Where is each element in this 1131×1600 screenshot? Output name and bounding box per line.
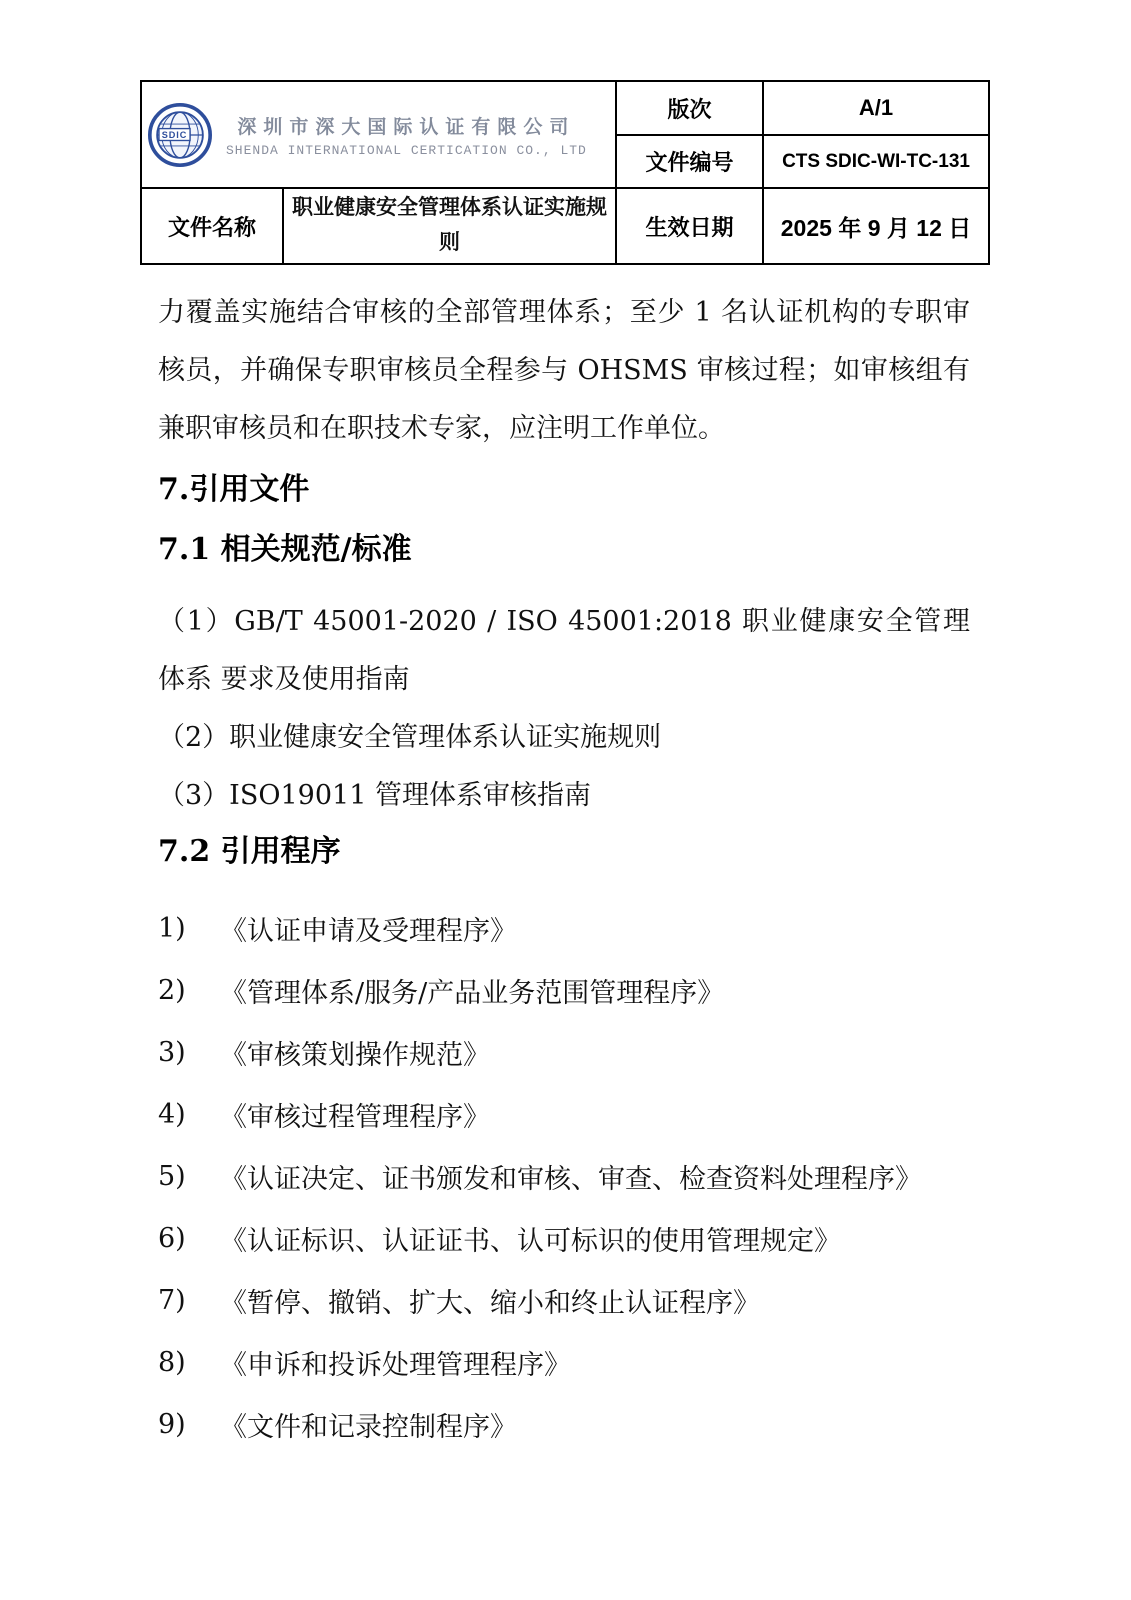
intro-paragraph: 力覆盖实施结合审核的全部管理体系；至少 1 名认证机构的专职审核员，并确保专职审… <box>158 284 970 458</box>
procedure-number: 3) <box>158 1037 220 1068</box>
procedure-number: 1) <box>158 913 220 944</box>
procedure-item: 3) 《审核策划操作规范》 <box>158 1021 970 1083</box>
procedure-item: 6) 《认证标识、认证证书、认可标识的使用管理规定》 <box>158 1207 970 1269</box>
procedure-number: 8) <box>158 1347 220 1378</box>
procedure-number: 4) <box>158 1099 220 1130</box>
section-7-heading: 7.引用文件 <box>158 471 970 509</box>
doc-name-label-cell: 文件名称 <box>141 188 283 264</box>
procedure-number: 7) <box>158 1285 220 1316</box>
procedure-title: 《审核过程管理程序》 <box>220 1095 490 1134</box>
procedure-item: 4) 《审核过程管理程序》 <box>158 1083 970 1145</box>
procedure-number: 6) <box>158 1223 220 1254</box>
procedure-title: 《申诉和投诉处理管理程序》 <box>220 1343 571 1382</box>
doc-name-value-cell: 职业健康安全管理体系认证实施规则 <box>283 188 616 264</box>
company-name-cn: 深圳市深大国际认证有限公司 <box>226 112 587 139</box>
procedure-title: 《文件和记录控制程序》 <box>220 1405 517 1444</box>
procedure-list: 1) 《认证申请及受理程序》 2) 《管理体系/服务/产品业务范围管理程序》 3… <box>158 897 970 1455</box>
procedure-title: 《审核策划操作规范》 <box>220 1033 490 1072</box>
company-names: 深圳市深大国际认证有限公司 SHENDA INTERNATIONAL CERTI… <box>226 112 587 158</box>
procedure-item: 9) 《文件和记录控制程序》 <box>158 1393 970 1455</box>
reference-item-1: （1）GB/T 45001-2020 / ISO 45001:2018 职业健康… <box>158 593 970 709</box>
doc-number-value-cell: CTS SDIC-WI-TC-131 <box>763 135 989 188</box>
section-7-2-heading: 7.2 引用程序 <box>158 833 970 871</box>
procedure-item: 7) 《暂停、撤销、扩大、缩小和终止认证程序》 <box>158 1269 970 1331</box>
document-header-table: SDIC 深圳市深大国际认证有限公司 SHENDA INTERNATIONAL … <box>140 80 990 265</box>
effective-date-label-cell: 生效日期 <box>616 188 763 264</box>
procedure-number: 5) <box>158 1161 220 1192</box>
document-page: SDIC 深圳市深大国际认证有限公司 SHENDA INTERNATIONAL … <box>0 0 1131 1600</box>
logo-text: SDIC <box>162 130 187 140</box>
procedure-title: 《认证标识、认证证书、认可标识的使用管理规定》 <box>220 1219 841 1258</box>
reference-standards-list: （1）GB/T 45001-2020 / ISO 45001:2018 职业健康… <box>158 593 970 825</box>
section-7-1-heading: 7.1 相关规范/标准 <box>158 531 970 569</box>
procedure-title: 《认证决定、证书颁发和审核、审查、检查资料处理程序》 <box>220 1157 922 1196</box>
document-body: 力覆盖实施结合审核的全部管理体系；至少 1 名认证机构的专职审核员，并确保专职审… <box>158 262 970 1455</box>
company-identity-cell: SDIC 深圳市深大国际认证有限公司 SHENDA INTERNATIONAL … <box>141 81 616 188</box>
company-identity: SDIC 深圳市深大国际认证有限公司 SHENDA INTERNATIONAL … <box>148 103 609 167</box>
company-logo-icon: SDIC <box>148 103 212 167</box>
version-value-cell: A/1 <box>763 81 989 135</box>
procedure-title: 《暂停、撤销、扩大、缩小和终止认证程序》 <box>220 1281 760 1320</box>
reference-item-3: （3）ISO19011 管理体系审核指南 <box>158 767 970 825</box>
procedure-title: 《认证申请及受理程序》 <box>220 909 517 948</box>
procedure-item: 5) 《认证决定、证书颁发和审核、审查、检查资料处理程序》 <box>158 1145 970 1207</box>
doc-number-label-cell: 文件编号 <box>616 135 763 188</box>
reference-item-2: （2）职业健康安全管理体系认证实施规则 <box>158 709 970 767</box>
procedure-number: 9) <box>158 1409 220 1440</box>
company-name-en: SHENDA INTERNATIONAL CERTICATION CO., LT… <box>226 143 587 158</box>
procedure-item: 1) 《认证申请及受理程序》 <box>158 897 970 959</box>
version-label-cell: 版次 <box>616 81 763 135</box>
procedure-title: 《管理体系/服务/产品业务范围管理程序》 <box>220 971 724 1010</box>
procedure-number: 2) <box>158 975 220 1006</box>
procedure-item: 2) 《管理体系/服务/产品业务范围管理程序》 <box>158 959 970 1021</box>
procedure-item: 8) 《申诉和投诉处理管理程序》 <box>158 1331 970 1393</box>
effective-date-value-cell: 2025 年 9 月 12 日 <box>763 188 989 264</box>
